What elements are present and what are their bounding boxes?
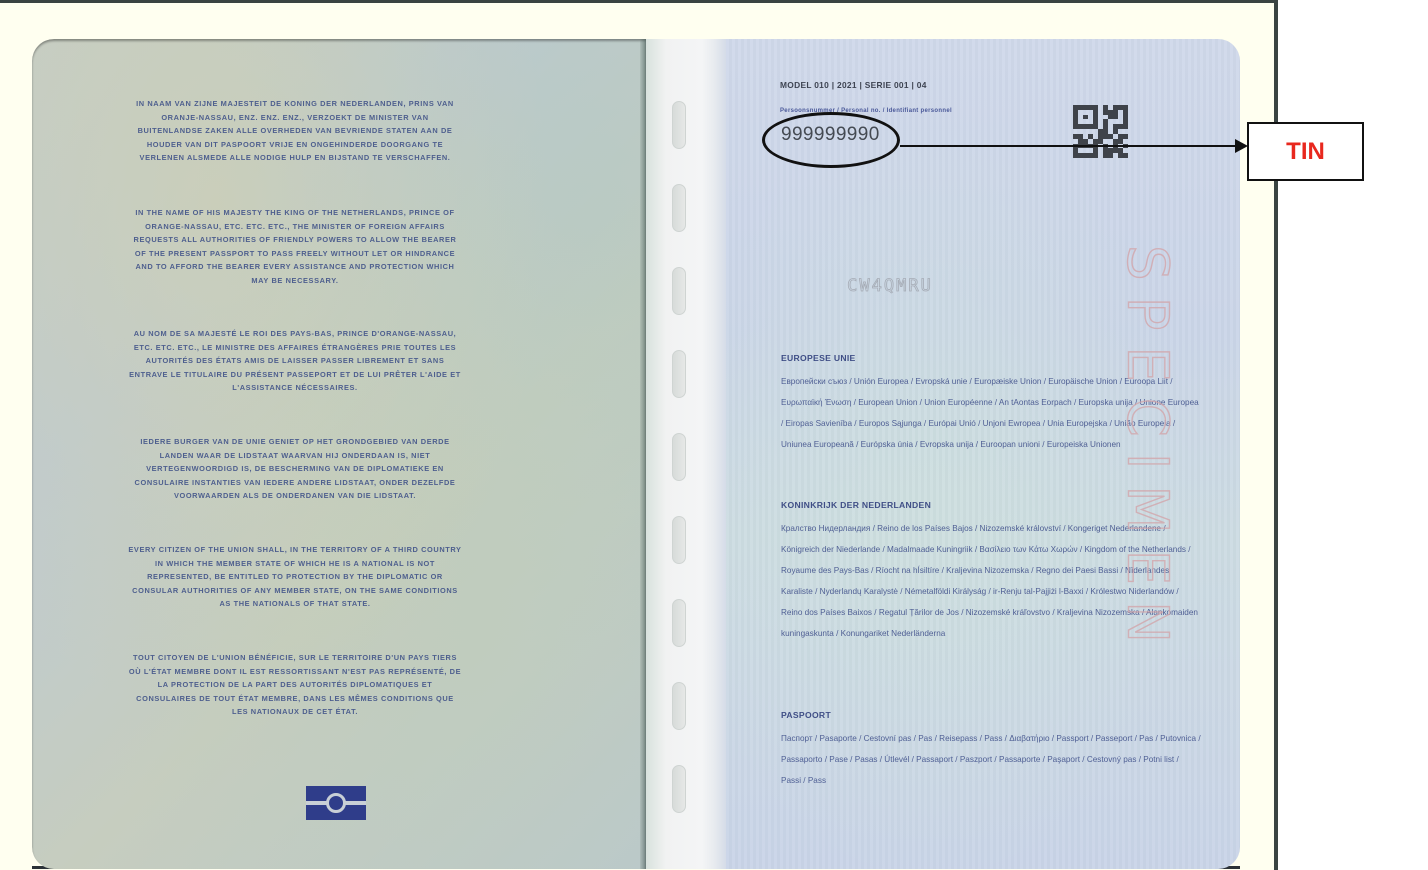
spine-perforation (672, 516, 686, 564)
section-translations: Паспорт / Pasaporte / Cestovní pas / Pas… (781, 728, 1201, 791)
spine-perforation (672, 433, 686, 481)
ghost-document-number: CW4QMRU (790, 276, 990, 300)
oath-english: IN THE NAME OF HIS MAJESTY THE KING OF T… (128, 206, 462, 288)
section-heading: PASPOORT (781, 710, 1201, 720)
qr-code-icon (1073, 105, 1128, 158)
section-passport: PASPOORT Паспорт / Pasaporte / Cestovní … (781, 710, 1201, 791)
annotation-arrow-line (900, 145, 1236, 147)
eu-biometric-chip-icon (306, 786, 366, 820)
spine-perforation (672, 267, 686, 315)
tin-label-box: TIN (1247, 122, 1364, 181)
eu-citizen-french: TOUT CITOYEN DE L'UNION BÉNÉFICIE, SUR L… (128, 651, 462, 719)
model-serial-line: MODEL 010 | 2021 | SERIE 001 | 04 (780, 80, 927, 90)
passport-spine (646, 39, 726, 869)
spine-perforation (672, 350, 686, 398)
oath-dutch: IN NAAM VAN ZIJNE MAJESTEIT DE KONING DE… (128, 97, 462, 165)
spine-perforation (672, 599, 686, 647)
eu-citizen-dutch: IEDERE BURGER VAN DE UNIE GENIET OP HET … (128, 435, 462, 503)
spine-perforation (672, 101, 686, 149)
specimen-watermark-right: SPECIMEN (1115, 245, 1180, 659)
spine-perforation (672, 765, 686, 813)
eu-citizen-english: EVERY CITIZEN OF THE UNION SHALL, IN THE… (128, 543, 462, 611)
spine-perforation (672, 184, 686, 232)
tin-highlight-ellipse (762, 112, 900, 168)
oath-french: AU NOM DE SA MAJESTÉ LE ROI DES PAYS-BAS… (128, 327, 462, 395)
spine-perforation (672, 682, 686, 730)
